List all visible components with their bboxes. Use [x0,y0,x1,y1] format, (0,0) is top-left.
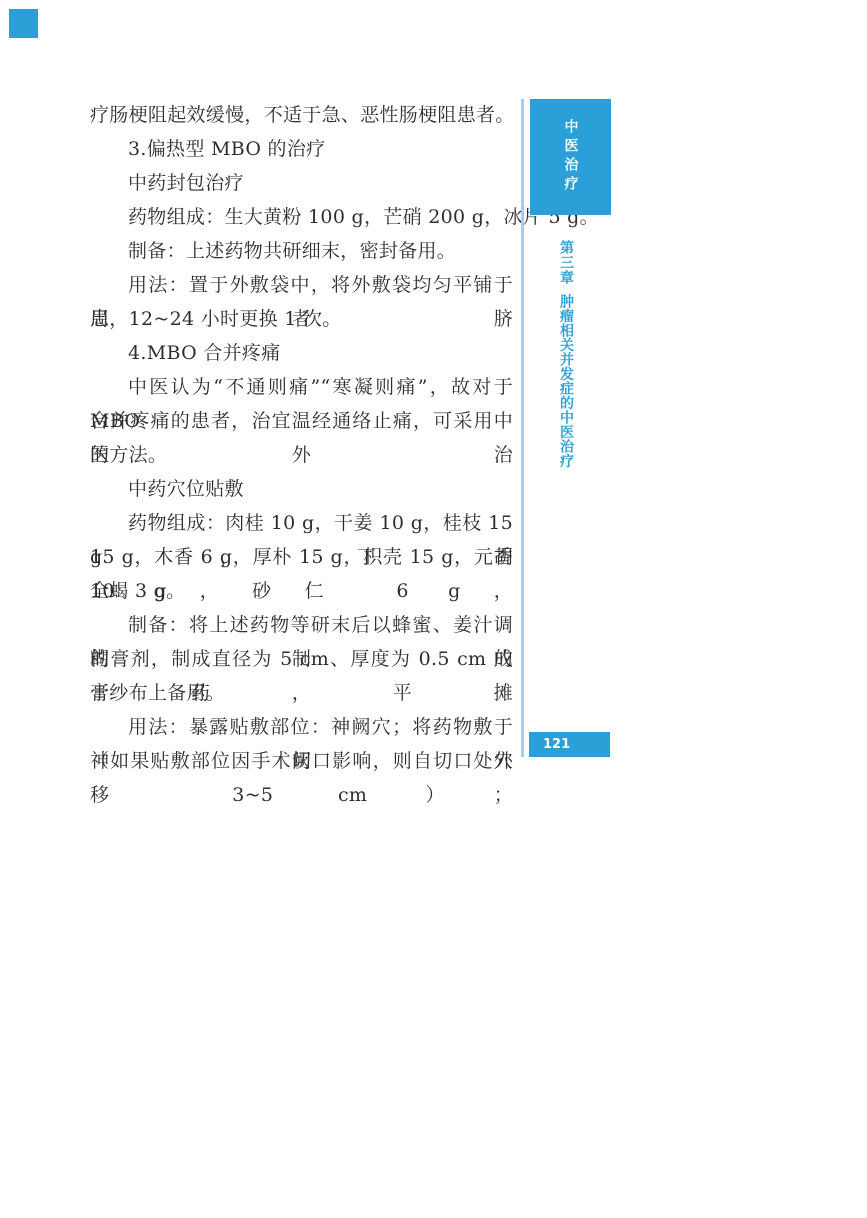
book-page: { "main": { "lines": [ "疗肠梗阻起效缓慢，不适于急、恶性… [0,0,867,1218]
text-line: 药物组成：生大黄粉 100 g，芒硝 200 g，冰片 5 g。 [90,200,513,234]
subsection-heading: 中药封包治疗 [90,166,513,200]
text-line: 制备：上述药物共研细末，密封备用。 [90,234,513,268]
section-heading: 3.偏热型 MBO 的治疗 [90,132,513,166]
text-line: 15 g，木香 6 g，厚朴 15 g，枳壳 15 g，元胡 10 g，砂仁 6… [90,540,513,574]
body-text-column: 疗肠梗阻起效缓慢，不适于急、恶性肠梗阻患者。 3.偏热型 MBO 的治疗 中药封… [90,98,513,778]
page-number-badge: 121 [529,732,610,757]
text-line: 中医认为“不通则痛”“寒凝则痛”，故对于 MBO [90,370,513,404]
section-heading: 4.MBO 合并疼痛 [90,336,513,370]
sidebar-rule [521,99,524,757]
text-line: 的膏剂，制成直径为 5 cm、厚度为 0.5 cm 的膏药，平摊 [90,642,513,676]
text-line: 合并疼痛的患者，治宜温经通络止痛，可采用中医外治 [90,404,513,438]
sidebar-tab: 中医治疗 [530,99,611,215]
chapter-title: 肿瘤相关并发症的中医治疗 [556,294,576,468]
text-line: 疗肠梗阻起效缓慢，不适于急、恶性肠梗阻患者。 [90,98,513,132]
text-line: 用法：暴露贴敷部位：神阙穴；将药物敷于神阙穴 [90,710,513,744]
page-number: 121 [543,737,570,752]
text-line: （如果贴敷部位因手术切口影响，则自切口处外移 3~5 cm）； [90,744,513,778]
text-line: 制备：将上述药物等研末后以蜂蜜、姜汁调糊制成 [90,608,513,642]
subsection-heading: 中药穴位贴敷 [90,472,513,506]
text-line: 药物组成：肉桂 10 g，干姜 10 g，桂枝 15 g，丁香 [90,506,513,540]
chapter-number: 第三章 [556,240,576,285]
corner-mark [9,9,38,38]
sidebar-tab-label: 中医治疗 [561,119,581,195]
text-line: 用法：置于外敷袋中，将外敷袋均匀平铺于患者脐 [90,268,513,302]
